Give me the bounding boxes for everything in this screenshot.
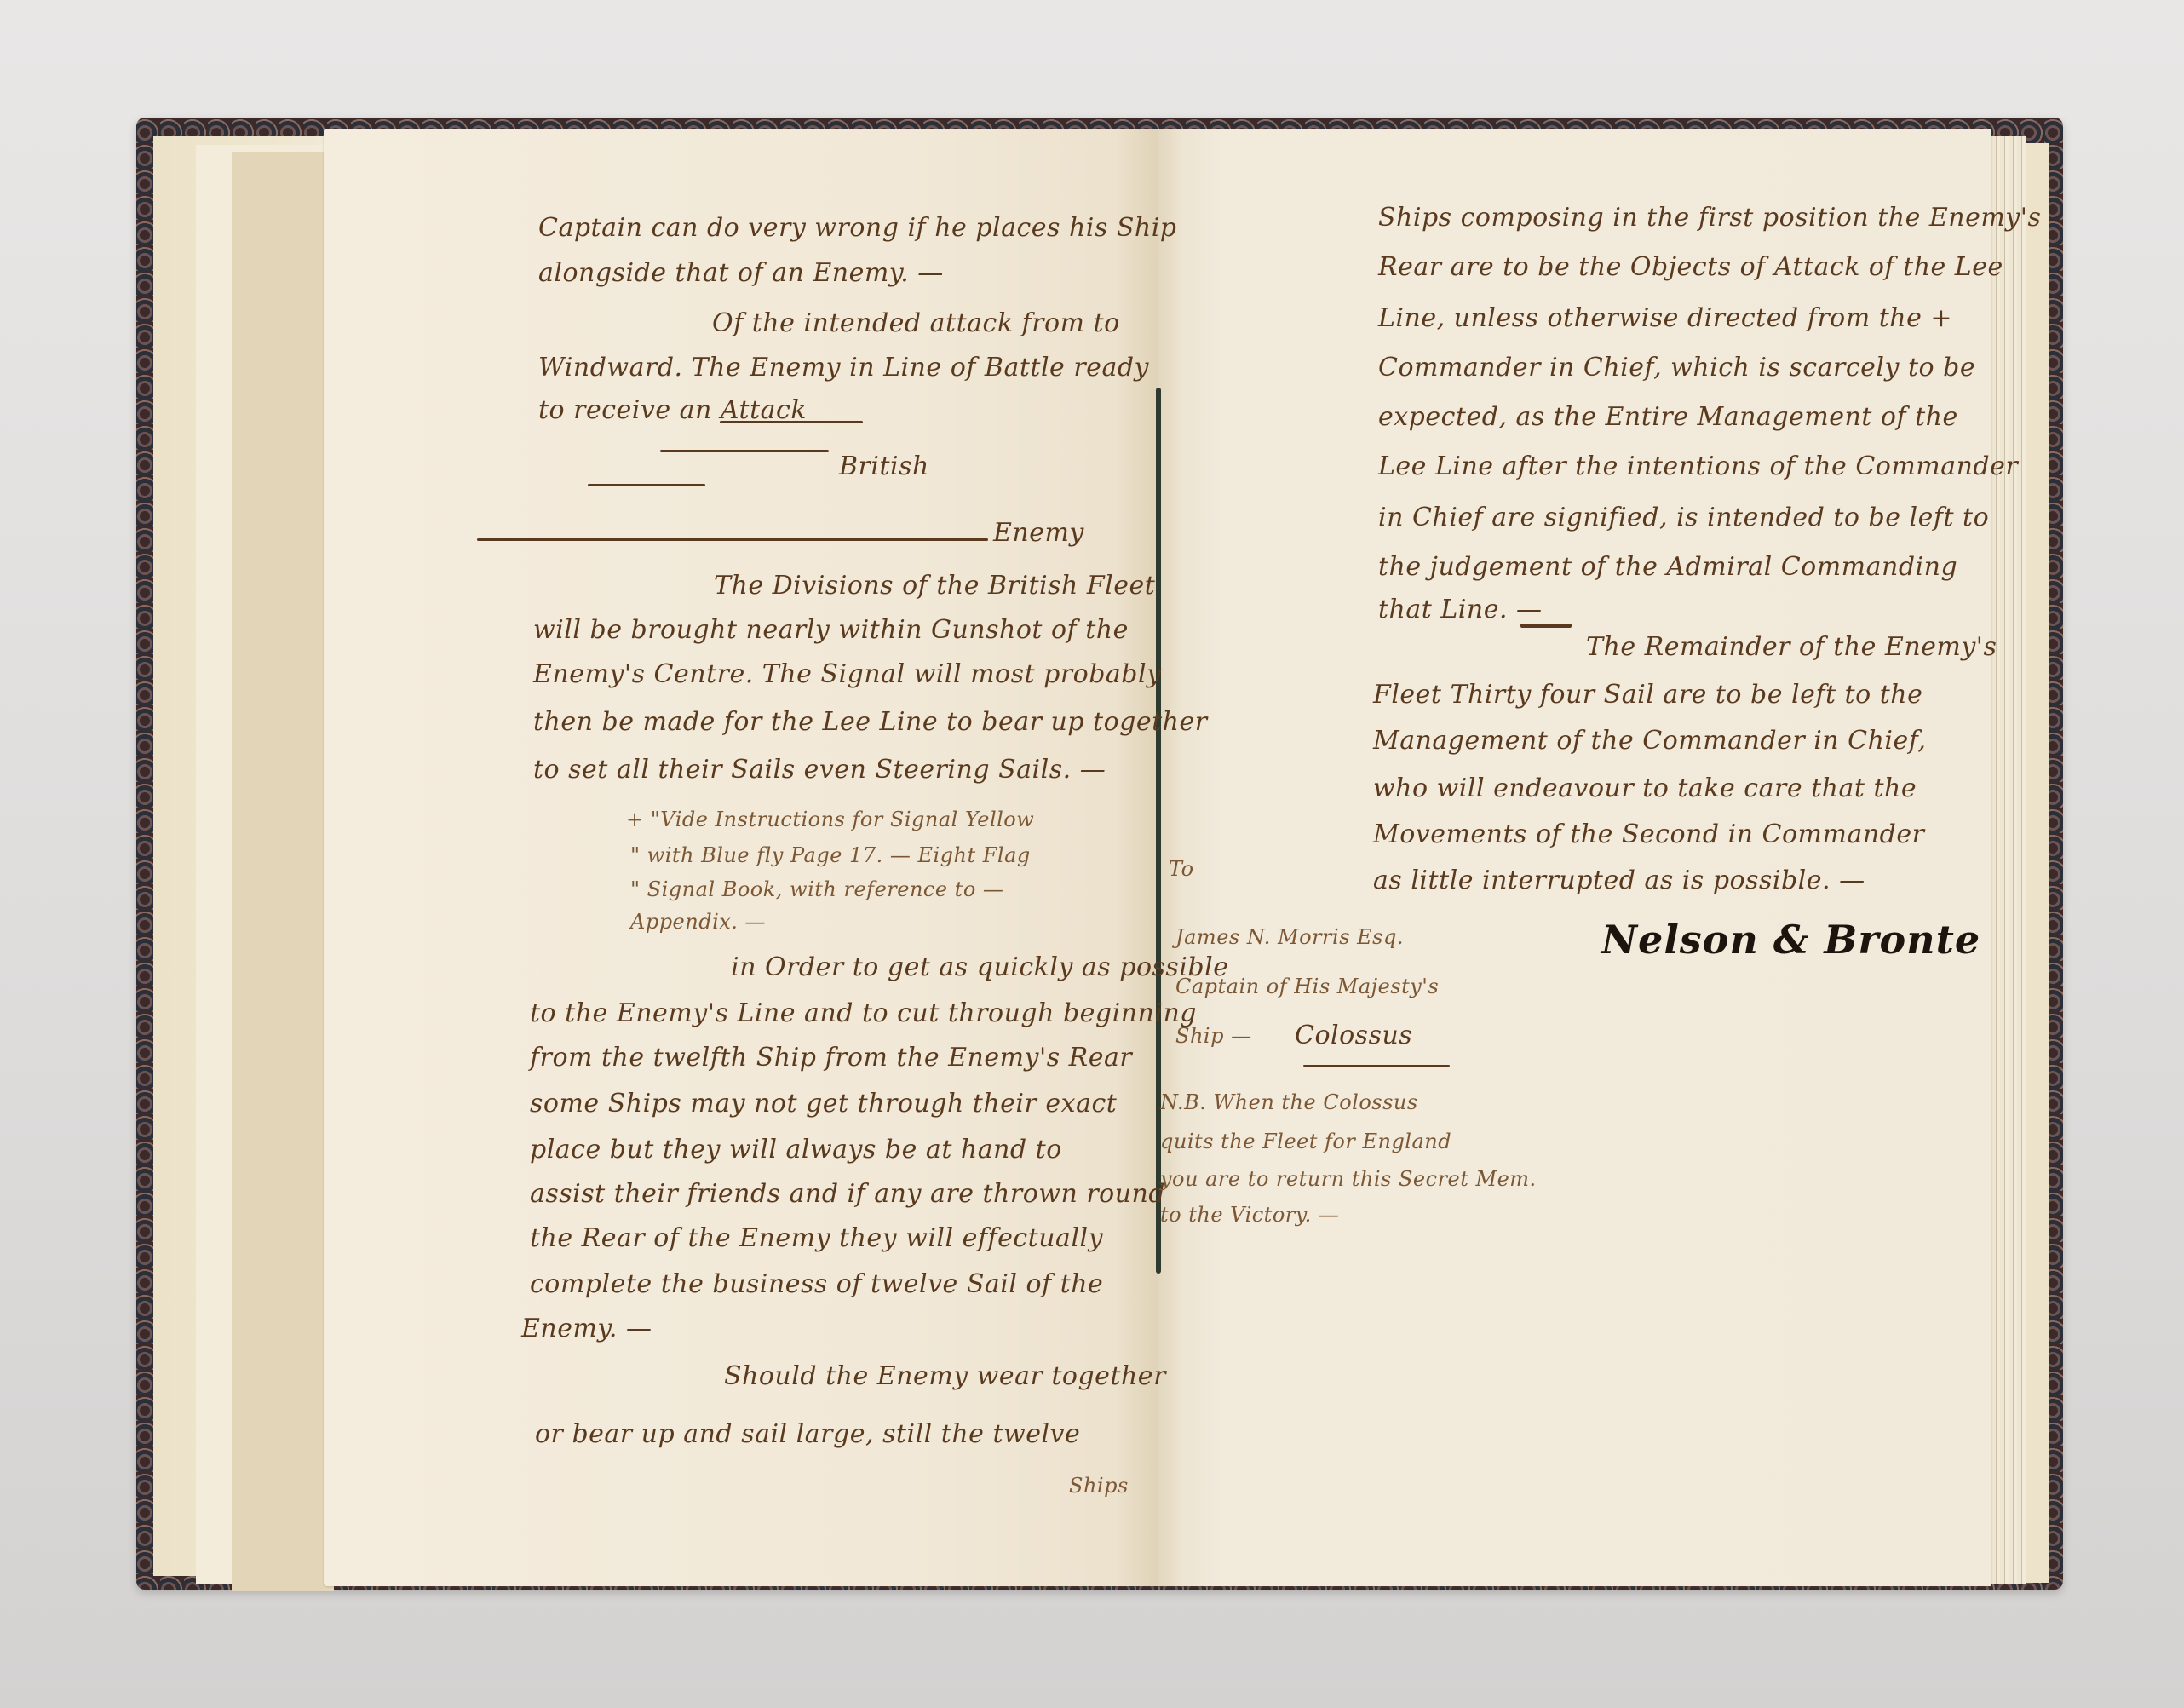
- manuscript-page-right: [1158, 129, 1991, 1586]
- text-line: that Line. —: [1378, 595, 1543, 624]
- text-line: The Remainder of the Enemy's: [1586, 632, 1997, 662]
- footnote-line: " with Blue fly Page 17. — Eight Flag: [630, 843, 1031, 867]
- text-line: Enemy's Centre. The Signal will most pro…: [533, 659, 1162, 689]
- ship-name-underline: [1303, 1065, 1450, 1067]
- diagram-line: [720, 421, 863, 423]
- text-line: alongside that of an Enemy. —: [538, 258, 944, 288]
- text-line: the Rear of the Enemy they will effectua…: [530, 1223, 1103, 1253]
- right-page-stack: [1991, 136, 2026, 1584]
- catchword: Ships: [1069, 1474, 1129, 1498]
- text-line: assist their friends and if any are thro…: [530, 1179, 1165, 1209]
- address-to: To: [1169, 857, 1194, 881]
- address-ship-name: Colossus: [1295, 1021, 1412, 1050]
- text-line: Windward. The Enemy in Line of Battle re…: [538, 353, 1149, 382]
- text-line: expected, as the Entire Management of th…: [1378, 402, 1958, 432]
- text-line: in Order to get as quickly as possible: [731, 952, 1228, 982]
- signature: Nelson & Bronte: [1601, 917, 1980, 963]
- text-line: as little interrupted as is possible. —: [1373, 866, 1865, 895]
- address-ship-prefix: Ship —: [1175, 1024, 1252, 1048]
- diagram-label-enemy: Enemy: [993, 518, 1084, 548]
- left-underlying-sheet: [232, 152, 334, 1591]
- text-line: Lee Line after the intentions of the Com…: [1378, 451, 2018, 481]
- text-line: the judgement of the Admiral Commanding: [1378, 552, 1957, 582]
- text-line: Captain can do very wrong if he places h…: [538, 213, 1177, 243]
- text-line: then be made for the Lee Line to bear up…: [533, 707, 1208, 737]
- text-line: Of the intended attack from to: [712, 308, 1120, 338]
- note-line: to the Victory. —: [1160, 1203, 1339, 1227]
- text-line: place but they will always be at hand to: [530, 1135, 1062, 1165]
- diagram-line: [660, 450, 829, 452]
- text-line: from the twelfth Ship from the Enemy's R…: [530, 1043, 1132, 1073]
- text-line: The Divisions of the British Fleet: [714, 571, 1155, 601]
- address-name: James N. Morris Esq.: [1175, 925, 1404, 949]
- text-line: some Ships may not get through their exa…: [530, 1089, 1117, 1119]
- text-line: Line, unless otherwise directed from the…: [1378, 303, 1952, 333]
- text-line: Movements of the Second in Commander: [1373, 819, 1924, 849]
- text-line: in Chief are signified, is intended to b…: [1378, 503, 1989, 532]
- diagram-label-british: British: [839, 451, 929, 481]
- text-line: Fleet Thirty four Sail are to be left to…: [1373, 680, 1922, 710]
- text-line: will be brought nearly within Gunshot of…: [533, 615, 1129, 645]
- footnote-line: + "Vide Instructions for Signal Yellow: [626, 808, 1034, 831]
- text-line: who will endeavour to take care that the: [1373, 773, 1917, 803]
- text-line: complete the business of twelve Sail of …: [530, 1269, 1103, 1299]
- text-line: Ships composing in the first position th…: [1378, 203, 2041, 233]
- diagram-enemy-line: [477, 538, 988, 541]
- note-line: N.B. When the Colossus: [1160, 1090, 1418, 1114]
- text-line: or bear up and sail large, still the twe…: [535, 1419, 1080, 1449]
- footnote-line: " Signal Book, with reference to —: [630, 877, 1003, 901]
- text-line: to the Enemy's Line and to cut through b…: [530, 998, 1197, 1028]
- note-line: you are to return this Secret Mem.: [1160, 1167, 1537, 1191]
- note-line: quits the Fleet for England: [1160, 1130, 1451, 1153]
- diagram-line: [588, 484, 705, 486]
- right-endpaper: [2026, 143, 2049, 1583]
- ink-flourish: [1520, 624, 1572, 628]
- text-line: to set all their Sails even Steering Sai…: [533, 755, 1106, 785]
- text-line: Should the Enemy wear together: [724, 1361, 1166, 1391]
- text-line: Enemy. —: [521, 1314, 652, 1343]
- text-line: Management of the Commander in Chief,: [1373, 726, 1926, 756]
- text-line: Commander in Chief, which is scarcely to…: [1378, 353, 1975, 382]
- text-line: Rear are to be the Objects of Attack of …: [1378, 252, 2003, 282]
- footnote-line: Appendix. —: [630, 910, 766, 934]
- address-rank: Captain of His Majesty's: [1175, 975, 1439, 998]
